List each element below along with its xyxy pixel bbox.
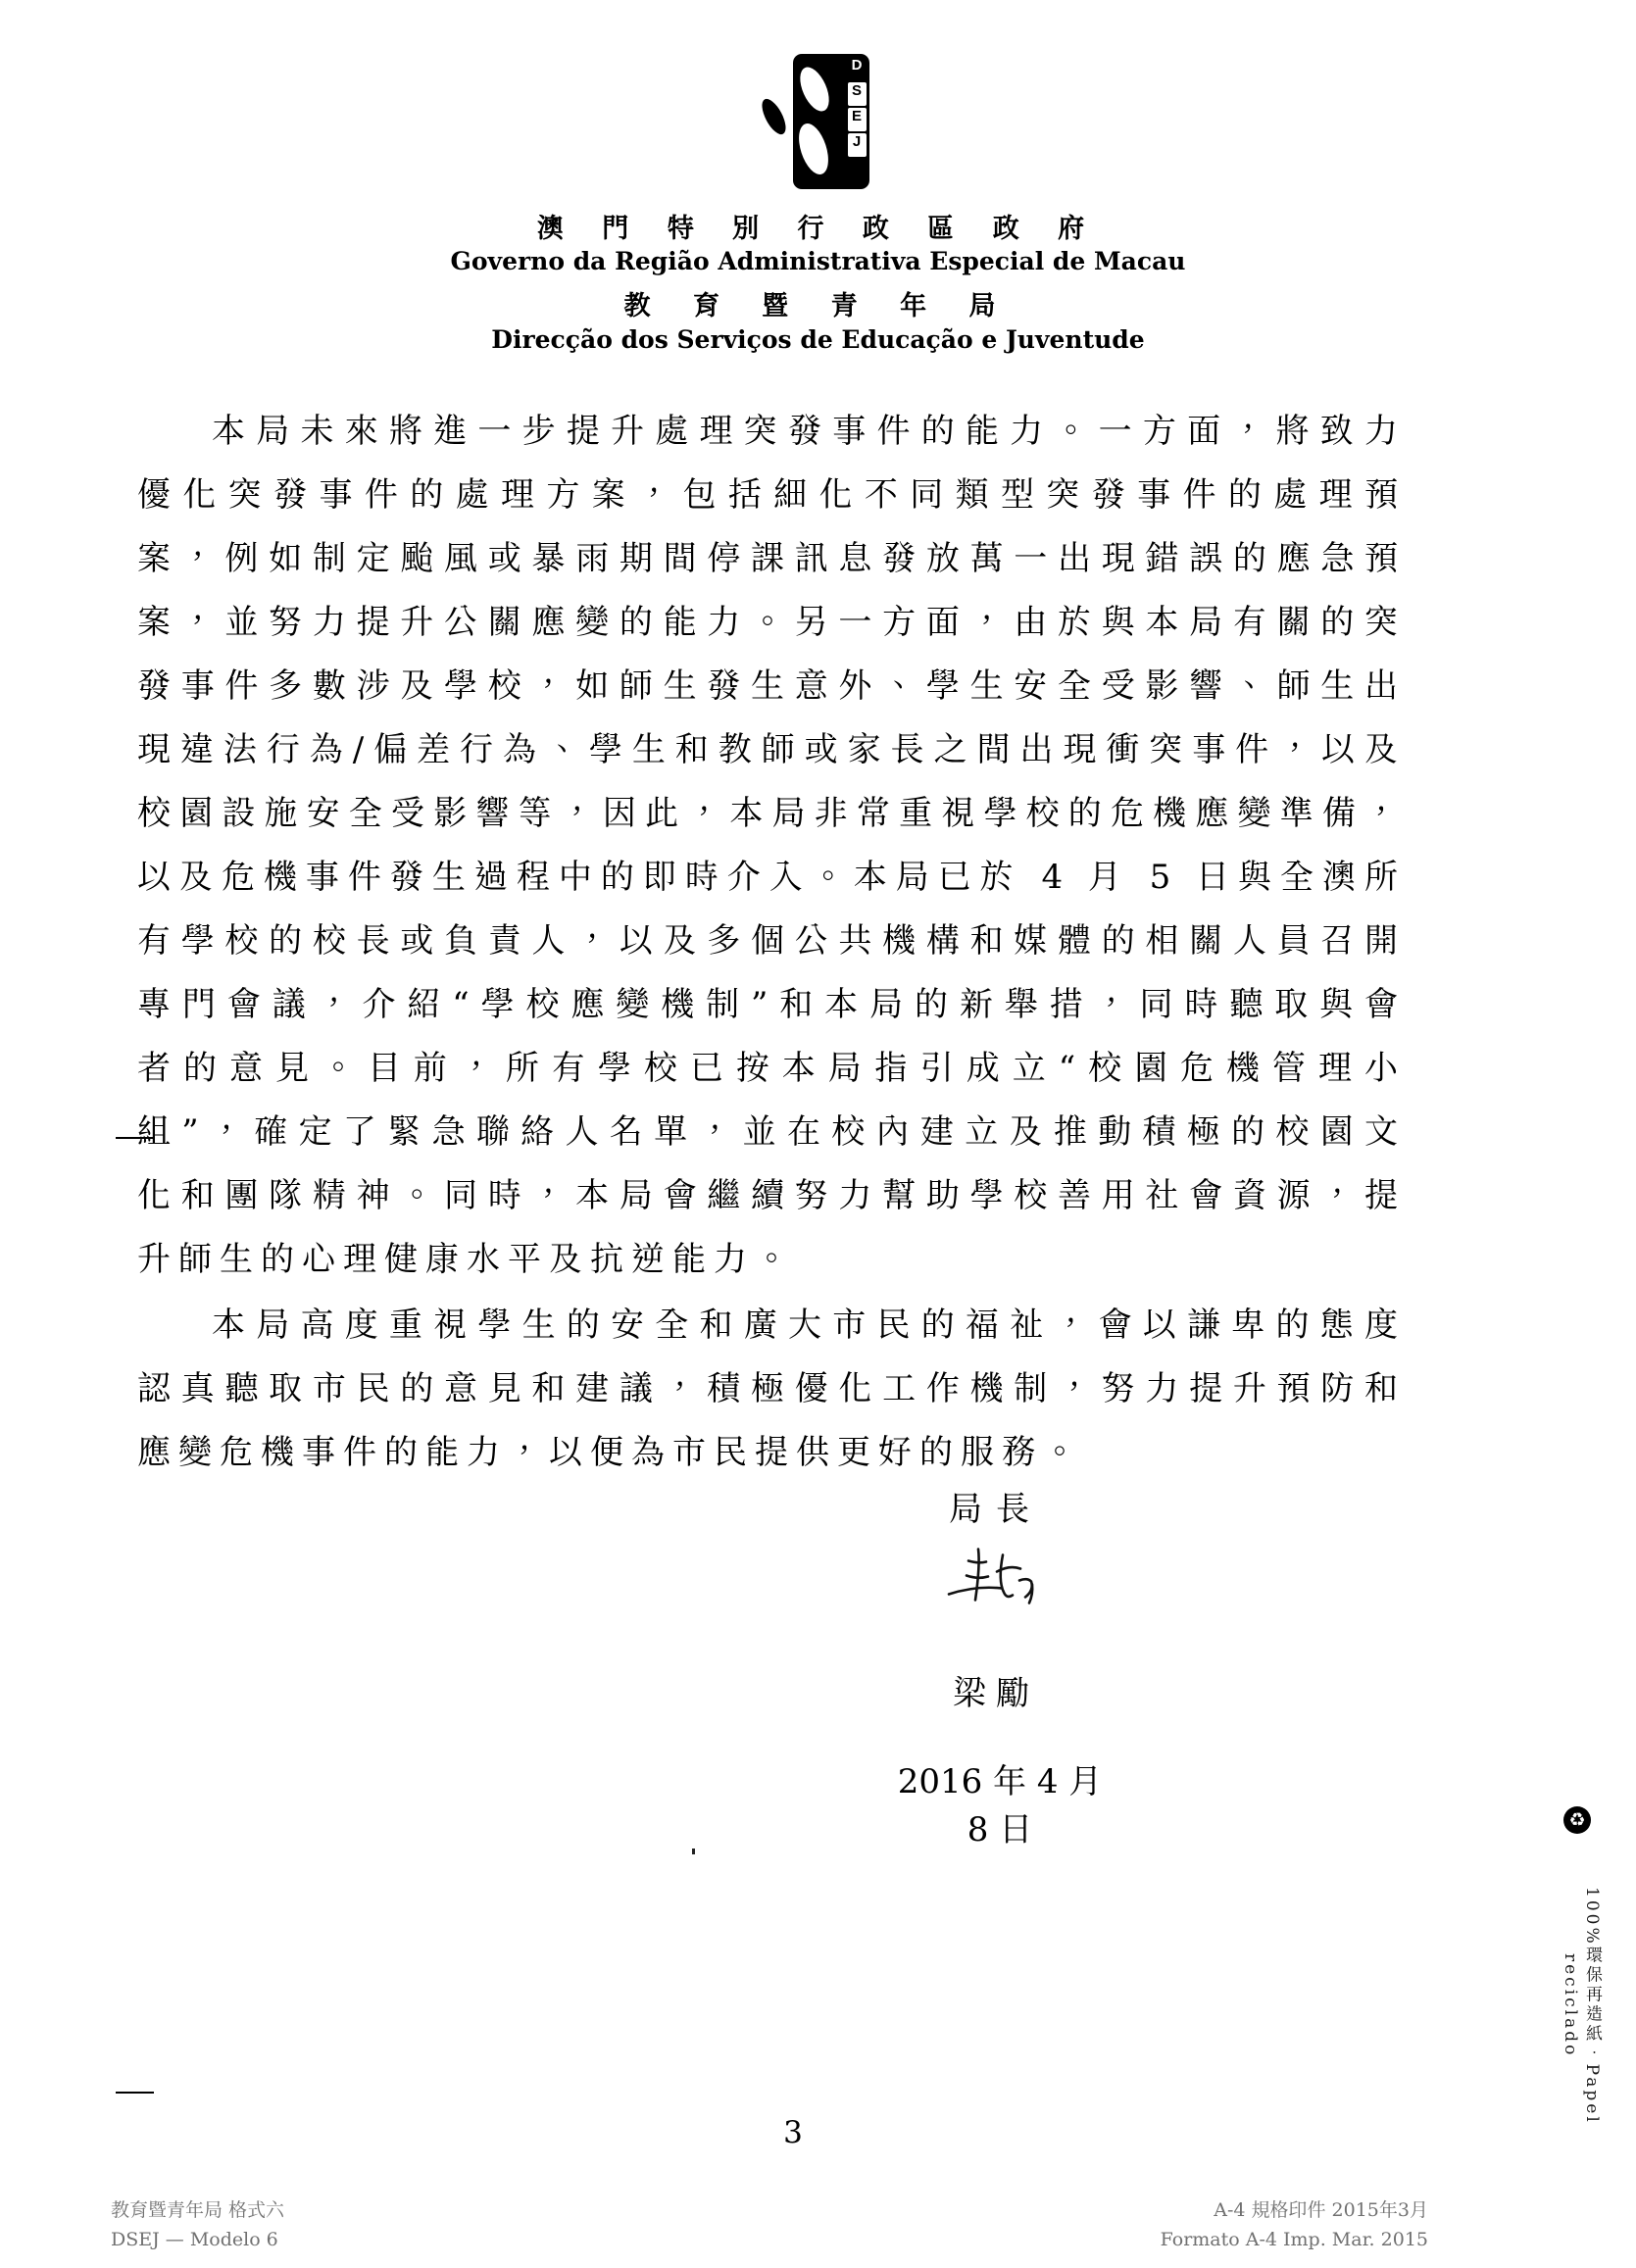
body-line: 以及危機事件發生過程中的即時介入。本局已於 4 月 5 日與全澳所 bbox=[137, 846, 1404, 910]
logo-letter-j: J bbox=[848, 133, 867, 157]
signature-date: 2016 年 4 月 8 日 bbox=[882, 1754, 1117, 1850]
paragraph: 本局高度重視學生的安全和廣大市民的福祉，會以謙卑的態度認真聽取市民的意見和建議，… bbox=[137, 1294, 1404, 1485]
recycled-paper-strip: ♻ 100%環保再造紙．Papel reciclado bbox=[1561, 1806, 1594, 2167]
recycle-icon: ♻ bbox=[1563, 1806, 1591, 1834]
print-reference: A-4 規格印件 2015年3月 Formato A-4 Imp. Mar. 2… bbox=[1161, 2195, 1428, 2254]
government-name-chinese: 澳 門 特 別 行 政 區 政 府 bbox=[0, 207, 1636, 245]
department-name-portuguese: Direcção dos Serviços de Educação e Juve… bbox=[0, 325, 1636, 354]
body-line: 優化突發事件的處理方案，包括細化不同類型突發事件的處理預 bbox=[137, 464, 1404, 527]
body-line: 化和團隊精神。同時，本局會繼續努力幫助學校善用社會資源，提 bbox=[137, 1164, 1404, 1228]
logo-letter-s: S bbox=[848, 82, 867, 106]
letterhead: D S E J 澳 門 特 別 行 政 區 政 府 Governo da Reg… bbox=[0, 54, 1636, 354]
print-reference-portuguese: Formato A-4 Imp. Mar. 2015 bbox=[1161, 2225, 1428, 2254]
signer-name: 梁勵 bbox=[953, 1666, 1039, 1714]
body-line: 升師生的心理健康水平及抗逆能力。 bbox=[137, 1228, 1404, 1292]
form-reference: 教育暨青年局 格式六 DSEJ — Modelo 6 bbox=[111, 2195, 284, 2254]
body-line: 者的意見。目前，所有學校已按本局指引成立“校園危機管理小 bbox=[137, 1037, 1404, 1101]
logo-letter-e: E bbox=[848, 108, 867, 131]
logo-letters: D S E J bbox=[848, 57, 867, 157]
handwritten-signature bbox=[941, 1541, 1059, 1639]
body-line: 案，例如制定颱風或暴雨期間停課訊息發放萬一出現錯誤的應急預 bbox=[137, 527, 1404, 591]
body-line: 認真聽取市民的意見和建議，積極優化工作機制，努力提升預防和 bbox=[137, 1357, 1404, 1421]
logo-block: D S E J bbox=[793, 54, 869, 189]
logo-letter-d: D bbox=[848, 57, 867, 80]
recycled-paper-note: 100%環保再造紙．Papel reciclado bbox=[1561, 1844, 1605, 2167]
government-name-portuguese: Governo da Região Administrativa Especia… bbox=[0, 247, 1636, 275]
body-line: 應變危機事件的能力，以便為市民提供更好的服務。 bbox=[137, 1421, 1404, 1485]
document-page: D S E J 澳 門 特 別 行 政 區 政 府 Governo da Reg… bbox=[0, 0, 1636, 2268]
body-line: 本局高度重視學生的安全和廣大市民的福祉，會以謙卑的態度 bbox=[137, 1294, 1404, 1357]
body-line: 校園設施安全受影響等，因此，本局非常重視學校的危機應變準備， bbox=[137, 782, 1404, 846]
dsej-logo-icon: D S E J bbox=[764, 54, 873, 193]
body-line: 有學校的校長或負責人，以及多個公共機構和媒體的相關人員召開 bbox=[137, 910, 1404, 973]
scan-speck bbox=[692, 1849, 695, 1854]
form-reference-portuguese: DSEJ — Modelo 6 bbox=[111, 2225, 284, 2254]
paragraph: 本局未來將進一步提升處理突發事件的能力。一方面，將致力優化突發事件的處理方案，包… bbox=[137, 400, 1404, 1292]
body-line: 專門會議，介紹“學校應變機制”和本局的新舉措，同時聽取與會 bbox=[137, 973, 1404, 1037]
logo-leaf-icon bbox=[793, 120, 833, 177]
department-name-chinese: 教 育 暨 青 年 局 bbox=[0, 284, 1636, 322]
body-line: 本局未來將進一步提升處理突發事件的能力。一方面，將致力 bbox=[137, 400, 1404, 464]
signer-title: 局長 bbox=[949, 1482, 1043, 1530]
body-line: 案，並努力提升公關應變的能力。另一方面，由於與本局有關的突 bbox=[137, 591, 1404, 655]
page-number: 3 bbox=[768, 2115, 818, 2150]
print-reference-chinese: A-4 規格印件 2015年3月 bbox=[1161, 2195, 1428, 2225]
body-line: 組”，確定了緊急聯絡人名單，並在校內建立及推動積極的校園文 bbox=[137, 1101, 1404, 1164]
form-reference-chinese: 教育暨青年局 格式六 bbox=[111, 2195, 284, 2225]
logo-leaf-icon bbox=[757, 95, 790, 137]
letter-body: 本局未來將進一步提升處理突發事件的能力。一方面，將致力優化突發事件的處理方案，包… bbox=[137, 400, 1404, 1487]
body-line: 現違法行為/偏差行為、學生和教師或家長之間出現衝突事件，以及 bbox=[137, 718, 1404, 782]
logo-leaf-icon bbox=[794, 63, 834, 116]
fold-mark bbox=[116, 1137, 154, 1139]
fold-mark bbox=[116, 2092, 154, 2094]
body-line: 發事件多數涉及學校，如師生發生意外、學生安全受影響、師生出 bbox=[137, 655, 1404, 718]
